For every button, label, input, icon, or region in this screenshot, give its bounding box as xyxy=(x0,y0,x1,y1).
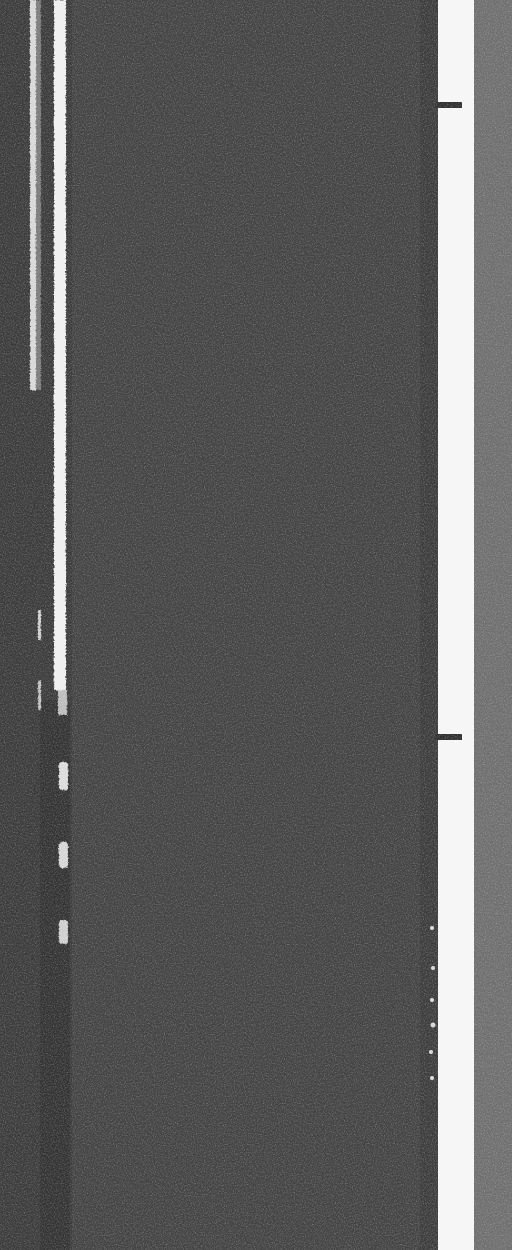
road-surface xyxy=(0,0,512,1250)
road-aerial-photo xyxy=(0,0,512,1250)
